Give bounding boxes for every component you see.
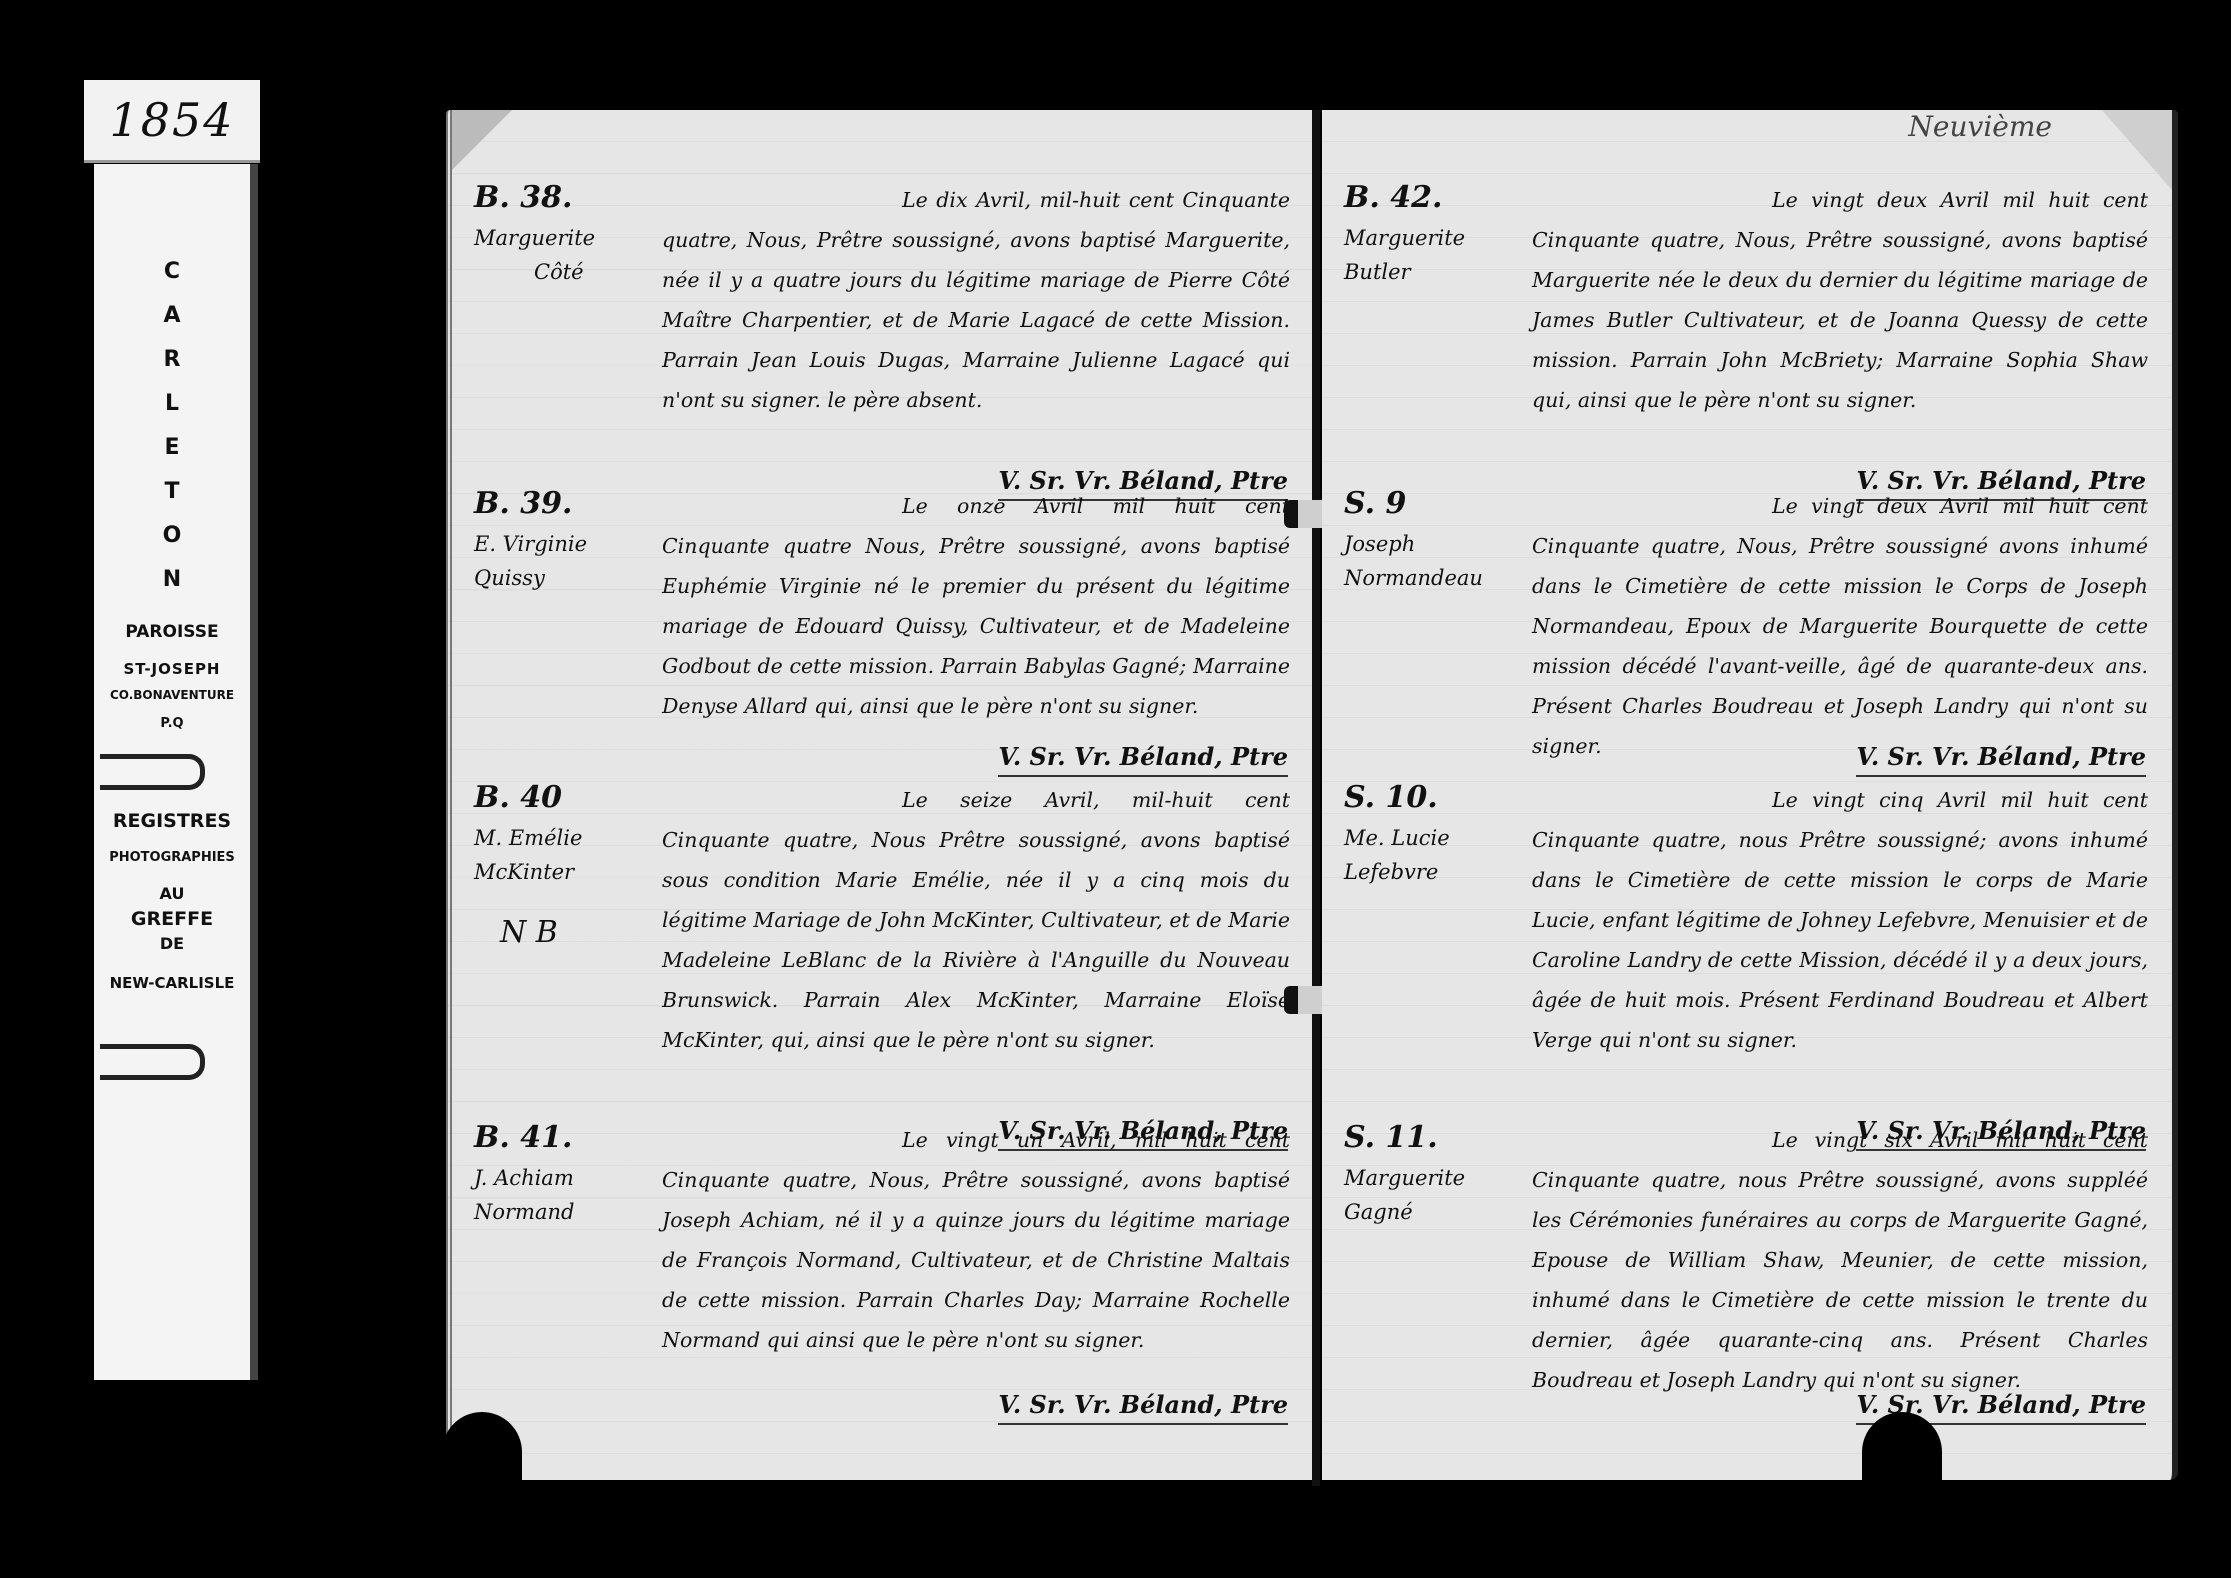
entry-name: Joseph [1344, 527, 1514, 561]
entry-surname: Butler [1344, 255, 1514, 289]
entry-text: Le vingt deux Avril mil huit cent Cinqua… [1532, 486, 2148, 766]
entry-name: M. Emélie [474, 821, 644, 855]
letter: C [94, 250, 250, 294]
paper-clip-icon [100, 1044, 205, 1080]
entry-margin: B. 38. Marguerite Côté [474, 180, 644, 289]
entry-margin: B. 40 M. Emélie McKinter N B [474, 780, 644, 950]
page-shadow [442, 1412, 522, 1482]
entry-number: B. 41. [474, 1120, 644, 1155]
entry-number: B. 40 [474, 780, 644, 815]
entry-name: Me. Lucie [1344, 821, 1514, 855]
entry-margin: B. 39. E. Virginie Quissy [474, 486, 644, 595]
page-heading: Neuvième [1908, 110, 2052, 143]
entry-name: Marguerite [1344, 1161, 1514, 1195]
register-book: B. 38. Marguerite Côté Le dix Avril, mil… [446, 110, 2176, 1490]
register-entry: B. 40 M. Emélie McKinter N B Le seize Av… [452, 780, 1314, 1110]
entry-number: S. 9 [1344, 486, 1514, 521]
entry-surname: Gagné [1344, 1195, 1514, 1229]
parish-label: PAROISSE [94, 622, 250, 642]
right-page: Neuvième B. 42. Marguerite Butler Le vin… [1322, 110, 2178, 1480]
province: P.Q [94, 716, 250, 731]
entry-name: J. Achiam [474, 1161, 644, 1195]
entry-name: Marguerite [1344, 221, 1514, 255]
entry-text: Le vingt six Avril mil huit cent Cinquan… [1532, 1120, 2148, 1400]
register-entry: B. 38. Marguerite Côté Le dix Avril, mil… [452, 180, 1314, 510]
year-text: 1854 [109, 93, 234, 147]
label-body: C A R L E T O N PAROISSE ST-JOSEPH CO.BO… [94, 164, 258, 1380]
entry-number: B. 42. [1344, 180, 1514, 215]
page-shadow [1862, 1412, 1942, 1482]
entry-margin: B. 41. J. Achiam Normand [474, 1120, 644, 1229]
county-vertical-text: C A R L E T O N [94, 250, 250, 602]
entry-margin: S. 11. Marguerite Gagné [1344, 1120, 1514, 1229]
parish-name: ST-JOSEPH [94, 660, 250, 678]
location-label: NEW-CARLISLE [94, 974, 250, 992]
letter: T [94, 470, 250, 514]
entry-number: S. 10. [1344, 780, 1514, 815]
entry-margin: S. 10. Me. Lucie Lefebvre [1344, 780, 1514, 889]
entry-surname: Lefebvre [1344, 855, 1514, 889]
entry-name: E. Virginie [474, 527, 644, 561]
registres-label: REGISTRES [94, 810, 250, 832]
archive-label-strip: 1854 C A R L E T O N PAROISSE ST-JOSEPH … [84, 80, 260, 1380]
county-name: CO.BONAVENTURE [94, 688, 250, 702]
entry-number: S. 11. [1344, 1120, 1514, 1155]
letter: A [94, 294, 250, 338]
greffe-label: GREFFE [94, 908, 250, 930]
de-label: DE [94, 934, 250, 953]
entry-surname: Normand [474, 1195, 644, 1229]
entry-margin: B. 42. Marguerite Butler [1344, 180, 1514, 289]
register-entry: S. 11. Marguerite Gagné Le vingt six Avr… [1322, 1120, 2172, 1450]
letter: O [94, 514, 250, 558]
entry-surname: Quissy [474, 561, 644, 595]
entry-text: Le dix Avril, mil-huit cent Cinquante qu… [662, 180, 1290, 420]
register-entry: S. 10. Me. Lucie Lefebvre Le vingt cinq … [1322, 780, 2172, 1110]
folded-corner-icon [2102, 110, 2172, 190]
entry-margin: S. 9 Joseph Normandeau [1344, 486, 1514, 595]
register-entry: S. 9 Joseph Normandeau Le vingt deux Avr… [1322, 486, 2172, 816]
entry-surname: Normandeau [1344, 561, 1514, 595]
entry-name: Marguerite [474, 221, 644, 255]
entry-surname: Côté [474, 255, 644, 289]
folded-corner-icon [452, 110, 512, 170]
entry-text: Le onze Avril mil huit cent Cinquante qu… [662, 486, 1290, 726]
entry-text: Le vingt un Avril, mil huit cent Cinquan… [662, 1120, 1290, 1360]
paper-clip-icon [100, 754, 205, 790]
entry-signature: V. Sr. Vr. Béland, Ptre [1856, 742, 2146, 777]
entry-signature: V. Sr. Vr. Béland, Ptre [998, 1390, 1288, 1425]
entry-signature: V. Sr. Vr. Béland, Ptre [998, 742, 1288, 777]
year-label: 1854 [84, 80, 260, 163]
entry-note-nb: N B [474, 915, 644, 950]
letter: N [94, 558, 250, 602]
entry-text: Le seize Avril, mil-huit cent Cinquante … [662, 780, 1290, 1060]
left-page: B. 38. Marguerite Côté Le dix Avril, mil… [446, 110, 1314, 1480]
book-gutter [1312, 110, 1320, 1486]
register-entry: B. 39. E. Virginie Quissy Le onze Avril … [452, 486, 1314, 816]
letter: L [94, 382, 250, 426]
photographies-label: PHOTOGRAPHIES [94, 850, 250, 865]
register-entry: B. 41. J. Achiam Normand Le vingt un Avr… [452, 1120, 1314, 1450]
entry-text: Le vingt cinq Avril mil huit cent Cinqua… [1532, 780, 2148, 1060]
au-label: AU [94, 884, 250, 903]
letter: E [94, 426, 250, 470]
entry-number: B. 39. [474, 486, 644, 521]
entry-surname: McKinter [474, 855, 644, 889]
entry-text: Le vingt deux Avril mil huit cent Cinqua… [1532, 180, 2148, 420]
letter: R [94, 338, 250, 382]
entry-number: B. 38. [474, 180, 644, 215]
register-entry: B. 42. Marguerite Butler Le vingt deux A… [1322, 180, 2172, 510]
